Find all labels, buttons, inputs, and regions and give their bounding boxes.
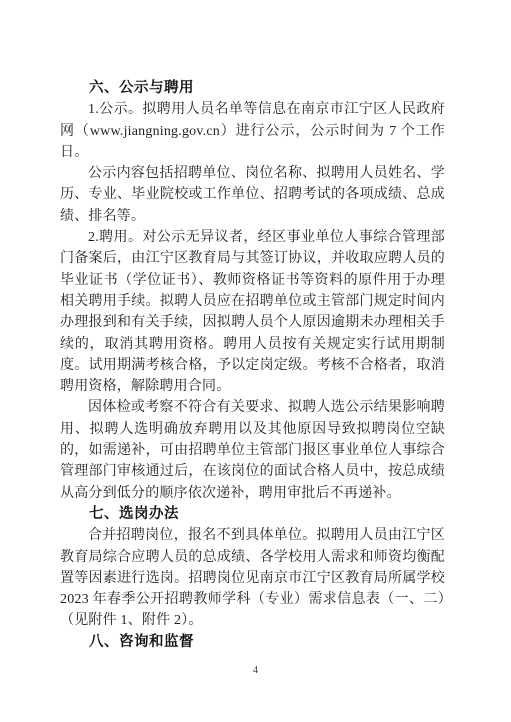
- paragraph-position-selection: 合并招聘岗位，报名不到具体单位。拟聘用人员由江宁区教育局综合应聘人员的总成绩、各…: [60, 525, 445, 631]
- paragraph-announcement: 1.公示。拟聘用人员名单等信息在南京市江宁区人民政府网（www.jiangnin…: [60, 99, 445, 163]
- document-body: 六、公示与聘用 1.公示。拟聘用人员名单等信息在南京市江宁区人民政府网（www.…: [60, 78, 445, 653]
- document-page: 六、公示与聘用 1.公示。拟聘用人员名单等信息在南京市江宁区人民政府网（www.…: [0, 0, 511, 722]
- page-number: 4: [0, 665, 511, 676]
- section-heading-public-announcement: 六、公示与聘用: [60, 78, 445, 99]
- paragraph-announcement-content: 公示内容包括招聘单位、岗位名称、拟聘用人员姓名、学历、专业、毕业院校或工作单位、…: [60, 163, 445, 227]
- paragraph-vacancy-replacement: 因体检或考察不符合有关要求、拟聘人选公示结果影响聘用、拟聘人选明确放弃聘用以及其…: [60, 397, 445, 503]
- paragraph-employment: 2.聘用。对公示无异议者，经区事业单位人事综合管理部门备案后，由江宁区教育局与其…: [60, 227, 445, 397]
- section-heading-position-selection: 七、选岗办法: [60, 504, 445, 525]
- section-heading-consultation-supervision: 八、咨询和监督: [60, 632, 445, 653]
